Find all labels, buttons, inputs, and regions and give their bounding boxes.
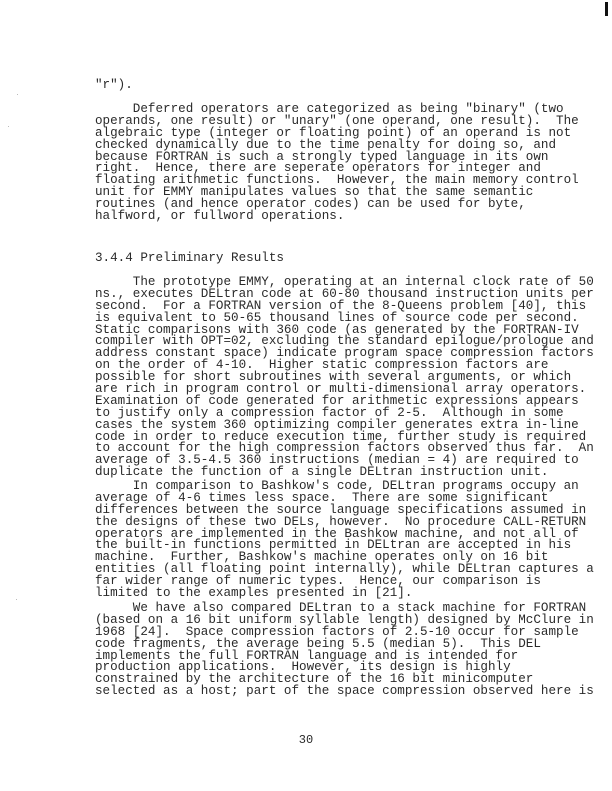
paragraph: In comparison to Bashkow's code, DELtran… [95, 481, 594, 600]
text-line: limited to the examples presented in [21… [95, 588, 594, 600]
text-line: "r"). [95, 80, 133, 92]
text-line: duplicate the function of a single DELtr… [95, 467, 594, 479]
paragraph-continuation: "r"). [95, 80, 133, 92]
document-page: "r"). Deferred operators are categorized… [0, 0, 612, 791]
paragraph: Deferred operators are categorized as be… [95, 104, 579, 223]
text-line: 3.4.4 Preliminary Results [95, 253, 284, 265]
text-line: halfword, or fullword operations. [95, 211, 579, 223]
section-heading: 3.4.4 Preliminary Results [95, 253, 284, 265]
page-number: 30 [0, 733, 612, 747]
text-line: selected as a host; part of the space co… [95, 686, 594, 698]
scan-speck [8, 126, 9, 127]
scan-speck [17, 94, 18, 95]
scan-edge-mark [605, 2, 608, 16]
paragraph: The prototype EMMY, operating at an inte… [95, 277, 594, 479]
scan-speck [16, 599, 17, 600]
paragraph: We have also compared DELtran to a stack… [95, 603, 594, 698]
